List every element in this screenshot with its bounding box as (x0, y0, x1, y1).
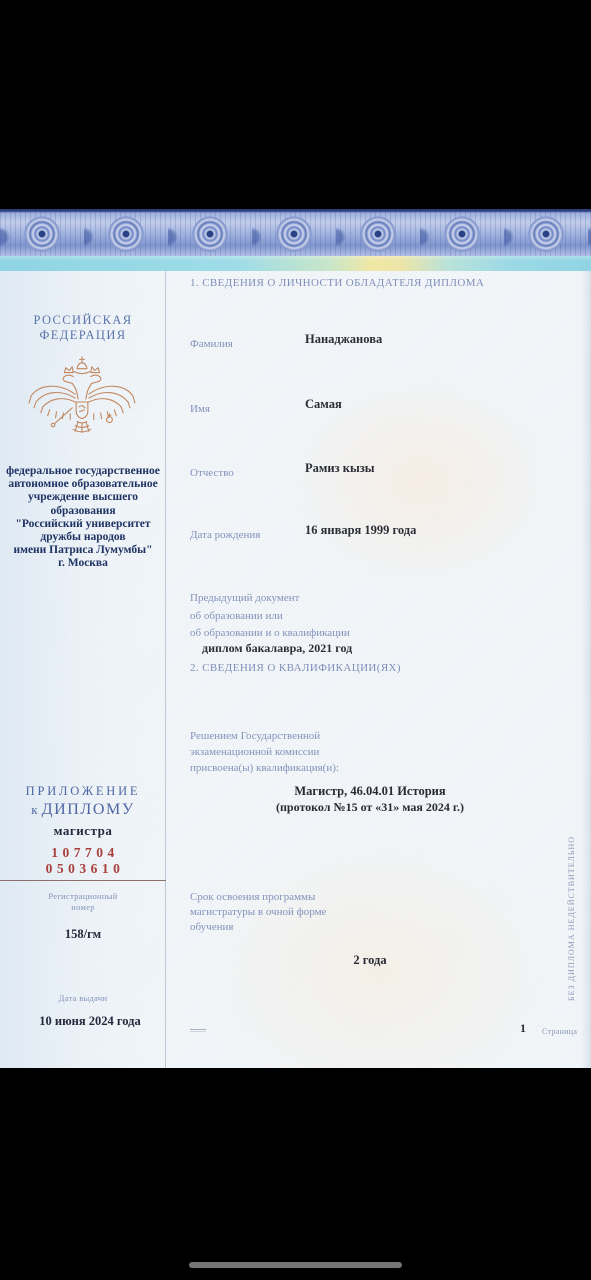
field-value: Рамиз кызы (305, 461, 375, 476)
field-label: Имя (190, 403, 210, 415)
qualification-label-line: Решением Государственной (190, 728, 339, 744)
home-indicator[interactable] (189, 1262, 402, 1268)
letterbox-top (0, 0, 591, 209)
qualification-label: Решением Государственной экзаменационной… (190, 728, 339, 776)
security-strip (0, 256, 591, 271)
doc-type-line: к ДИПЛОМУ (0, 801, 166, 819)
section2-title: 2. СВЕДЕНИЯ О КВАЛИФИКАЦИИ(ЯХ) (190, 662, 401, 674)
field-row-firstname: Имя Самая (190, 399, 575, 415)
field-value: 16 января 1999 года (305, 523, 416, 538)
doc-type-line: ПРИЛОЖЕНИЕ (0, 784, 166, 799)
page-number: 1 (520, 1021, 526, 1036)
field-row-patronymic: Отчество Рамиз кызы (190, 463, 575, 479)
page-number-label: Страница (542, 1027, 577, 1036)
previous-document-value: диплом бакалавра, 2021 год (202, 641, 352, 656)
serial-number: 107704 0503610 (0, 845, 166, 881)
field-label: Фамилия (190, 338, 233, 350)
doc-type-prefix: к (31, 802, 37, 817)
phone-screen: РОССИЙСКАЯ ФЕДЕРАЦИЯ (0, 0, 591, 1280)
institution-line: имени Патриса Лумумбы" (0, 544, 166, 557)
field-value: Самая (305, 397, 342, 412)
institution-line: дружбы народов (0, 531, 166, 544)
qualification-value: Магистр, 46.04.01 История (протокол №15 … (195, 784, 545, 815)
column-divider (165, 271, 166, 1068)
previous-document-label-line: об образовании и о квалификации (190, 625, 350, 643)
study-period-label-line: Срок освоения программы (190, 890, 326, 905)
diploma-supplement-page: РОССИЙСКАЯ ФЕДЕРАЦИЯ (0, 271, 591, 1068)
registration-label-line: номер (0, 902, 166, 913)
coat-of-arms-icon (22, 353, 142, 451)
previous-document-label-line: об образовании или (190, 608, 350, 626)
registration-number-value: 158/гм (0, 927, 166, 942)
previous-document-label-line: Предыдущий документ (190, 590, 350, 608)
issue-date-label-line: Дата выдачи (0, 993, 166, 1004)
field-value: Нанаджанова (305, 332, 382, 347)
country-line: РОССИЙСКАЯ (0, 313, 166, 328)
document-type-title: ПРИЛОЖЕНИЕ к ДИПЛОМУ магистра (0, 784, 166, 839)
field-row-birthdate: Дата рождения 16 января 1999 года (190, 525, 575, 541)
qualification-label-line: присвоена(ы) квалификация(и): (190, 760, 339, 776)
institution-line: "Российский университет (0, 518, 166, 531)
qualification-protocol: (протокол №15 от «31» мая 2024 г.) (195, 800, 545, 816)
institution-name: федеральное государственное автономное о… (0, 465, 166, 571)
country-title: РОССИЙСКАЯ ФЕДЕРАЦИЯ (0, 313, 166, 343)
footer-dash (190, 1029, 206, 1030)
qualification-degree: Магистр, 46.04.01 История (195, 784, 545, 800)
country-line: ФЕДЕРАЦИЯ (0, 328, 166, 343)
institution-line: образования (0, 505, 166, 518)
previous-document-label: Предыдущий документ об образовании или о… (190, 590, 350, 643)
institution-line: г. Москва (0, 557, 166, 570)
study-period-label-line: обучения (190, 920, 326, 935)
study-period-label-line: магистратуры в очной форме (190, 905, 326, 920)
field-label: Отчество (190, 467, 234, 479)
issue-date-value: 10 июня 2024 года (0, 1014, 180, 1029)
guilloche-band (0, 209, 591, 256)
institution-line: автономное образовательное (0, 478, 166, 491)
serial-number-text: 107704 0503610 (0, 845, 166, 881)
qualification-label-line: экзаменационной комиссии (190, 744, 339, 760)
study-period-value: 2 года (195, 953, 545, 968)
institution-line: учреждение высшего (0, 491, 166, 504)
field-label: Дата рождения (190, 529, 260, 541)
field-row-surname: Фамилия Нанаджанова (190, 334, 575, 350)
section1-title: 1. СВЕДЕНИЯ О ЛИЧНОСТИ ОБЛАДАТЕЛЯ ДИПЛОМ… (190, 277, 484, 289)
doc-type-word: ДИПЛОМУ (42, 801, 135, 818)
issue-date-label: Дата выдачи (0, 993, 166, 1004)
study-period-label: Срок освоения программы магистратуры в о… (190, 890, 326, 935)
doc-type-degree: магистра (0, 823, 166, 839)
side-validity-note: БЕЗ ДИПЛОМА НЕДЕЙСТВИТЕЛЬНО (567, 841, 576, 1001)
letterbox-bottom (0, 1068, 591, 1280)
institution-line: федеральное государственное (0, 465, 166, 478)
registration-number-label: Регистрационный номер (0, 891, 166, 913)
registration-label-line: Регистрационный (0, 891, 166, 902)
